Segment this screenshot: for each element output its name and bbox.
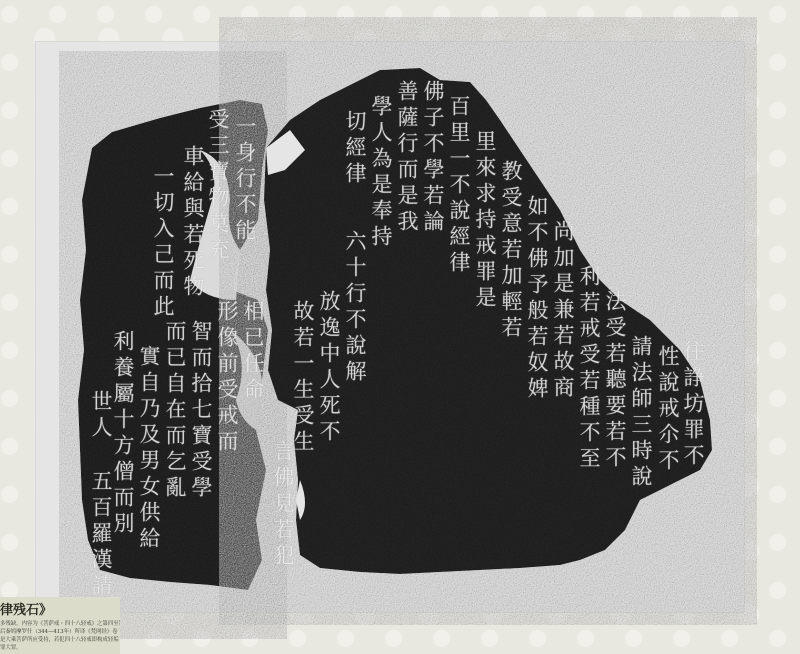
inscription-column: 放逸中人死不 [316,290,341,446]
inscription-column: 學人為是奉持 [368,95,393,251]
label-text-line: 罪大罪。 [0,643,22,651]
inscription-column: 而已自在而乞亂 [162,320,187,502]
inscription-column: 佛子不學若論 [420,80,445,236]
inscription-column: 請法師三時說 [628,335,653,491]
inscription-column: 百里一不說經律 [446,95,471,277]
inscription-column: 利若戒受若種不至 [576,265,601,473]
inscription-column: 受三寶物莫充 [205,108,230,264]
inscription-column: 故若一生受生 [290,300,315,456]
inscription-column: 一切入己而此 [150,165,175,321]
label-text-line: 多残缺，内容为《菩萨戒・四十八轻戒》之第四至第二 [0,619,120,627]
inscription-column: 六十行不說解 [342,230,367,386]
inscription-column: 形像前受戒而 [214,300,239,456]
inscription-column: 尚加是兼若故商 [550,220,575,402]
inscription-column: 五百羅漢請 [88,470,113,600]
inscription-column: 切經律 [342,110,367,188]
label-text-line: 是大乘菩萨所应受持，若犯四十八轻戒即构成轻垢 [0,635,119,643]
inscription-column: 教受意若加輕若 [498,160,523,342]
inscription-column: 里來求持戒罪是 [472,130,497,312]
inscription-column: 世人 [88,390,113,442]
inscription-column: 相已任命 [240,300,265,404]
inscription-column: 善薩行而是我 [394,80,419,236]
inscription-column: 往諍坊罪不 [680,340,705,470]
museum-label-card: 律残石》 多残缺，内容为《菩萨戒・四十八轻戒》之第四至第二 后秦鸠摩罗什（344… [0,597,120,654]
inscription-column: 利養屬十方僧而別 [110,330,135,538]
inscription-column: 法受若聽要若不 [602,290,627,472]
inscription-column: 言佛見若犯 [270,440,295,570]
inscription-column: 一身行不能 [232,115,257,245]
inscription-column: 如不佛予般若奴婢 [524,195,549,403]
inscription-column: 性說戒尒不 [655,345,680,475]
inscription-column: 智而拾七寶受學 [188,320,213,502]
inscription-column: 實自乃及男女供給 [136,345,161,553]
label-text-line: 后秦鸠摩罗什（344—413年）所译《梵网经》卷下，四 [0,627,120,635]
inscription-column: 車給與若死物 [180,145,205,301]
label-title: 律残石》 [0,599,52,618]
